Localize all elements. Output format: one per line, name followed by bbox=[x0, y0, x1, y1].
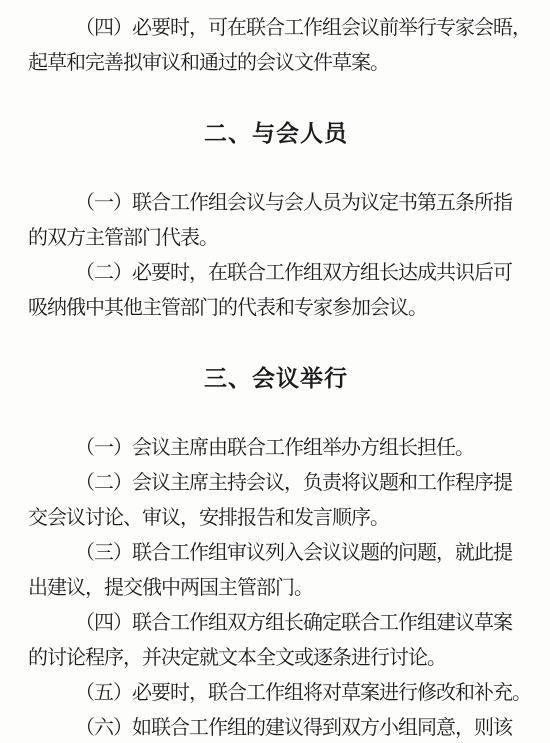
paragraph-section3-item4: （四）联合工作组双方组长确定联合工作组建议草案 的讨论程序，并决定就文本全文或逐… bbox=[28, 606, 524, 676]
paragraph-section3-item3: （三）联合工作组审议列入会议议题的问题，就此提 出建议，提交俄中两国主管部门。 bbox=[28, 536, 524, 606]
paragraph-line: 的讨论程序，并决定就文本全文或逐条进行讨论。 bbox=[28, 641, 524, 676]
paragraph-line: （二）必要时，在联合工作组双方组长达成共识后可 bbox=[28, 256, 524, 291]
paragraph-line: （四）必要时，可在联合工作组会议前举行专家会晤， bbox=[28, 11, 524, 46]
section-heading-meeting-procedure: 三、会议举行 bbox=[28, 361, 524, 396]
paragraph-line: 出建议，提交俄中两国主管部门。 bbox=[28, 571, 524, 606]
paragraph-section2-item1: （一）联合工作组会议与会人员为议定书第五条所指 的双方主管部门代表。 bbox=[28, 186, 524, 256]
paragraph-section3-item1: （一）会议主席由联合工作组举办方组长担任。 bbox=[28, 431, 524, 466]
paragraph-line: 的双方主管部门代表。 bbox=[28, 221, 524, 256]
paragraph-line: 交会议讨论、审议，安排报告和发言顺序。 bbox=[28, 501, 524, 536]
paragraph-line: （四）联合工作组双方组长确定联合工作组建议草案 bbox=[28, 606, 524, 641]
paragraph-line: （六）如联合工作组的建议得到双方小组同意，则该 bbox=[28, 711, 524, 743]
paragraph-line: 吸纳俄中其他主管部门的代表和专家参加会议。 bbox=[28, 291, 524, 326]
paragraph-line: （三）联合工作组审议列入会议议题的问题，就此提 bbox=[28, 536, 524, 571]
paragraph-line: （二）会议主席主持会议，负责将议题和工作程序提 bbox=[28, 466, 524, 501]
paragraph-section3-item6: （六）如联合工作组的建议得到双方小组同意，则该 bbox=[28, 711, 524, 743]
paragraph-section1-item4: （四）必要时，可在联合工作组会议前举行专家会晤， 起草和完善拟审议和通过的会议文… bbox=[28, 11, 524, 81]
paragraph-line: 起草和完善拟审议和通过的会议文件草案。 bbox=[28, 46, 524, 81]
scanned-document-page: （四）必要时，可在联合工作组会议前举行专家会晤， 起草和完善拟审议和通过的会议文… bbox=[0, 0, 550, 743]
paragraph-line: （一）联合工作组会议与会人员为议定书第五条所指 bbox=[28, 186, 524, 221]
paragraph-section3-item5: （五）必要时，联合工作组将对草案进行修改和补充。 bbox=[28, 676, 524, 711]
paragraph-section2-item2: （二）必要时，在联合工作组双方组长达成共识后可 吸纳俄中其他主管部门的代表和专家… bbox=[28, 256, 524, 326]
paragraph-section3-item2: （二）会议主席主持会议，负责将议题和工作程序提 交会议讨论、审议，安排报告和发言… bbox=[28, 466, 524, 536]
section-heading-participants: 二、与会人员 bbox=[28, 116, 524, 151]
paragraph-line: （一）会议主席由联合工作组举办方组长担任。 bbox=[28, 431, 524, 466]
paragraph-line: （五）必要时，联合工作组将对草案进行修改和补充。 bbox=[28, 676, 524, 711]
